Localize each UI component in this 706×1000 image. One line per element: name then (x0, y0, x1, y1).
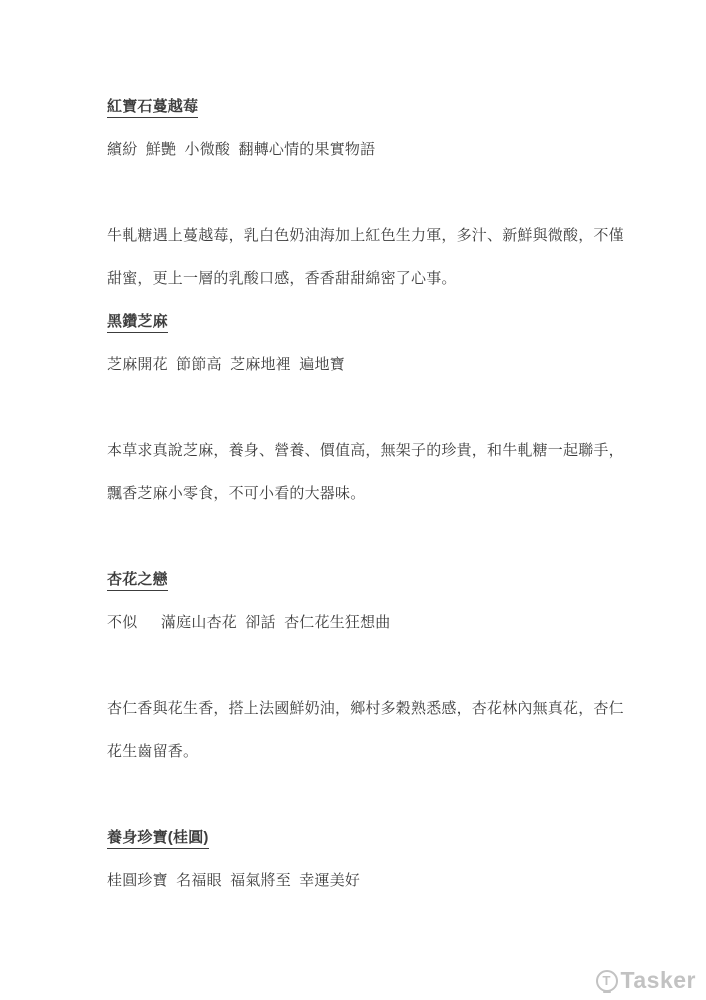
spacer (107, 773, 642, 816)
section-4-heading-text: 養身珍寶(桂圓) (107, 828, 209, 849)
section-3-body-line-2: 花生齒留香。 (107, 730, 642, 773)
tasker-watermark: T Tasker (596, 969, 696, 992)
document-page: 紅寶石蔓越莓 繽紛 鮮艷 小微酸 翻轉心情的果實物語 牛軋糖遇上蔓越莓，乳白色奶… (0, 0, 706, 1000)
spacer (107, 386, 642, 429)
section-3-tagline: 不似 滿庭山杏花 卻話 杏仁花生狂想曲 (107, 601, 642, 644)
tasker-watermark-text: Tasker (621, 969, 696, 992)
section-2-tagline: 芝麻開花 節節高 芝麻地裡 遍地寶 (107, 343, 642, 386)
spacer (107, 515, 642, 558)
section-1-body-line-2: 甜蜜，更上一層的乳酸口感，香香甜甜綿密了心事。 (107, 257, 642, 300)
section-4-heading: 養身珍寶(桂圓) (107, 816, 642, 859)
section-4-tagline: 桂圓珍寶 名福眼 福氣將至 幸運美好 (107, 859, 642, 902)
tasker-logo-icon: T (596, 970, 618, 992)
section-2-heading-text: 黑鑽芝麻 (107, 312, 168, 333)
section-3-heading-text: 杏花之戀 (107, 570, 168, 591)
tasker-logo-letter: T (603, 974, 611, 987)
document-content: 紅寶石蔓越莓 繽紛 鮮艷 小微酸 翻轉心情的果實物語 牛軋糖遇上蔓越莓，乳白色奶… (107, 85, 642, 902)
section-2-body-line-2: 飄香芝麻小零食，不可小看的大器味。 (107, 472, 642, 515)
section-1-tagline: 繽紛 鮮艷 小微酸 翻轉心情的果實物語 (107, 128, 642, 171)
spacer (107, 644, 642, 687)
section-2-heading: 黑鑽芝麻 (107, 300, 642, 343)
section-2-body-line-1: 本草求真說芝麻，養身、營養、價值高，無架子的珍貴，和牛軋糖一起聯手， (107, 429, 642, 472)
section-3-body-line-1: 杏仁香與花生香，搭上法國鮮奶油，鄉村多穀熟悉感，杏花林內無真花，杏仁 (107, 687, 642, 730)
section-1-body-line-1: 牛軋糖遇上蔓越莓，乳白色奶油海加上紅色生力軍，多汁、新鮮與微酸，不僅 (107, 214, 642, 257)
spacer (107, 171, 642, 214)
section-1-heading-text: 紅寶石蔓越莓 (107, 97, 198, 118)
section-3-heading: 杏花之戀 (107, 558, 642, 601)
section-1-heading: 紅寶石蔓越莓 (107, 85, 642, 128)
